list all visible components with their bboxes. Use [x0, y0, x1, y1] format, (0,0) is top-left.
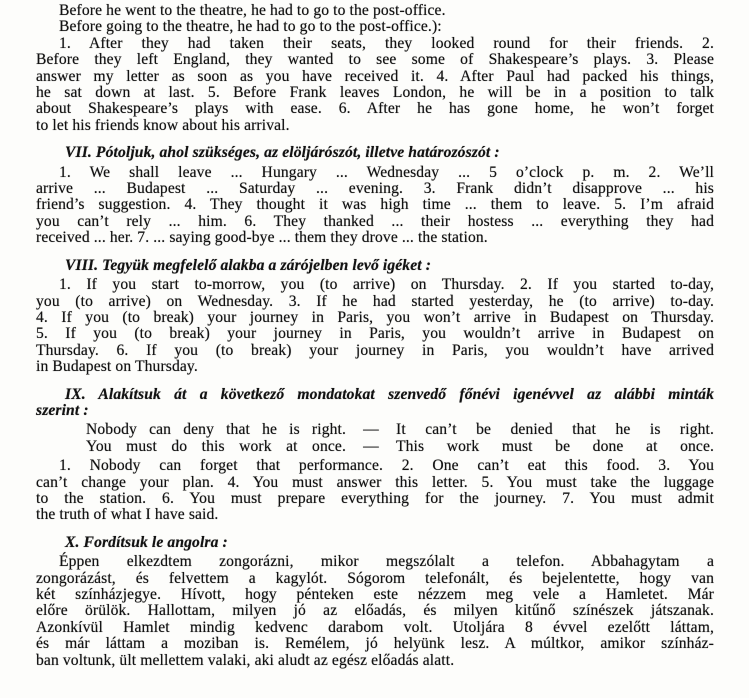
exercise-heading: X. Fordítsuk le angolra :: [36, 535, 714, 551]
example-pair: Nobody can deny that he is right.—It can…: [36, 422, 714, 438]
text-line: friend’s suggestion. 4. They thought it …: [36, 197, 714, 213]
text-line: 1. We shall leave ... Hungary ... Wednes…: [36, 165, 714, 181]
text-line: arrive ... Budapest ... Saturday ... eve…: [36, 181, 714, 197]
paragraph: 1. If you start to-morrow, you (to arriv…: [36, 277, 714, 375]
text-line: zongorázást, és felvettem a kagylót. Sóg…: [36, 571, 714, 587]
example-pair: You must do this work at once.—This work…: [36, 439, 714, 455]
text-line: Éppen elkezdtem zongorázni, mikor megszó…: [36, 554, 714, 570]
example-sentence-left: Nobody can deny that he is right.: [86, 422, 346, 438]
text-line: X. Fordítsuk le angolra :: [36, 535, 714, 551]
text-line: to let his friends know about his arriva…: [36, 118, 714, 134]
text-line: 1. Nobody can forget that performance. 2…: [36, 458, 714, 474]
text-line: szerint :: [36, 403, 714, 419]
scanned-textbook-page: Before he went to the theatre, he had to…: [0, 0, 749, 698]
paragraph: 1. After they had taken their seats, the…: [36, 36, 714, 134]
text-line: és már láttam a moziban is. Remélem, jó …: [36, 636, 714, 652]
text-line: Before he went to the theatre, he had to…: [36, 3, 714, 19]
exercise-heading: VII. Pótoljuk, ahol szükséges, az elöljá…: [36, 145, 714, 161]
paragraph: 1. Nobody can forget that performance. 2…: [36, 458, 714, 524]
text-line: VII. Pótoljuk, ahol szükséges, az elöljá…: [36, 145, 714, 161]
text-line: Before they left England, they wanted to…: [36, 52, 714, 68]
text-line: he sat down at last. 5. Before Frank lea…: [36, 85, 714, 101]
text-line: received ... her. 7. ... saying good-bye…: [36, 230, 714, 246]
example-sentence-left: You must do this work at once.: [86, 439, 346, 455]
paragraph: Before going to the theatre, he had to g…: [36, 19, 714, 35]
text-line: Thursday. 6. If you (to break) your jour…: [36, 343, 714, 359]
em-dash: —: [346, 422, 396, 438]
paragraph: 1. We shall leave ... Hungary ... Wednes…: [36, 165, 714, 247]
example-sentence-right: It can’t be denied that he is right.: [396, 422, 714, 438]
text-line: két színházjegye. Hívott, hogy pénteken …: [36, 587, 714, 603]
text-line: Azonkívül Hamlet mindig kedvenc darabom …: [36, 620, 714, 636]
text-line: 1. If you start to-morrow, you (to arriv…: [36, 277, 714, 293]
text-line: can’t change your plan. 4. You must answ…: [36, 475, 714, 491]
em-dash: —: [346, 439, 396, 455]
exercise-heading: VIII. Tegyük megfelelő alakba a zárójelb…: [36, 258, 714, 274]
text-line: answer my letter as soon as you have rec…: [36, 69, 714, 85]
exercise-heading: IX. Alakítsuk át a következő mondatokat …: [36, 387, 714, 420]
example-sentence-right: This work must be done at once.: [396, 439, 714, 455]
text-line: VIII. Tegyük megfelelő alakba a zárójelb…: [36, 258, 714, 274]
paragraph: Before he went to the theatre, he had to…: [36, 3, 714, 19]
text-line: 5. If you (to break) your journey in Par…: [36, 326, 714, 342]
page-content: Before he went to the theatre, he had to…: [36, 3, 714, 669]
text-line: you (to arrive) on Wednesday. 3. If he h…: [36, 294, 714, 310]
paragraph: Éppen elkezdtem zongorázni, mikor megszó…: [36, 554, 714, 669]
text-line: to the station. 6. You must prepare ever…: [36, 491, 714, 507]
text-line: about Shakespeare’s plays with ease. 6. …: [36, 101, 714, 117]
text-line: in Budapest on Thursday.: [36, 359, 714, 375]
text-line: 4. If you (to break) your journey in Par…: [36, 310, 714, 326]
text-line: ban voltunk, ült mellettem valaki, aki a…: [36, 653, 714, 669]
text-line: the truth of what I have said.: [36, 507, 714, 523]
text-line: IX. Alakítsuk át a következő mondatokat …: [36, 387, 714, 403]
text-line: you can’t rely ... him. 6. They thanked …: [36, 214, 714, 230]
text-line: 1. After they had taken their seats, the…: [36, 36, 714, 52]
text-line: előre örülök. Hallottam, milyen jó az el…: [36, 603, 714, 619]
text-line: Before going to the theatre, he had to g…: [36, 19, 714, 35]
